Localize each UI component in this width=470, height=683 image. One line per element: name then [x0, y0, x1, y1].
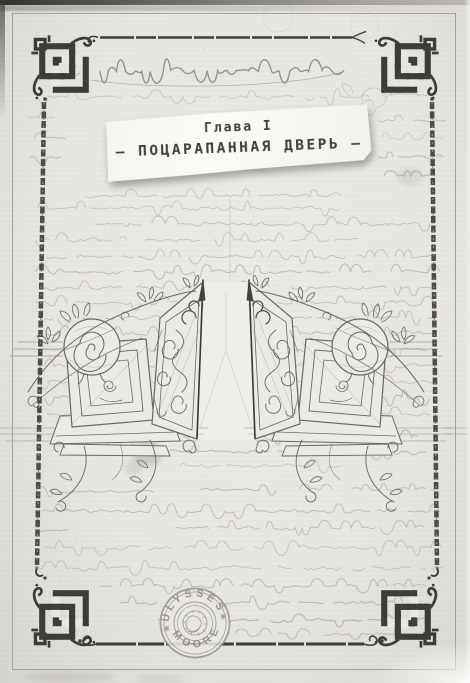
handwriting-line	[42, 504, 439, 519]
paper-speckle	[20, 637, 22, 639]
paper-speckle	[345, 537, 346, 538]
paper-speckle	[326, 628, 327, 629]
handwriting-line	[378, 115, 446, 122]
paper-speckle	[264, 617, 265, 618]
handwriting-line	[200, 485, 276, 495]
celtic-knot-icon-top-right	[375, 37, 438, 100]
page-art: ULYSSES MOORE	[0, 0, 470, 683]
paper-speckle	[248, 582, 250, 584]
paper-speckle	[203, 48, 205, 50]
paper-speckle	[55, 557, 57, 559]
handwriting-line	[38, 201, 340, 216]
gate-left-half	[0, 275, 208, 511]
paper-speckle	[237, 70, 239, 72]
ulysses-moore-stamp: ULYSSES MOORE	[155, 583, 234, 663]
paper-speckle	[365, 75, 366, 76]
bottom-rule	[78, 636, 384, 645]
paper-speckle	[338, 87, 340, 89]
paper-speckle	[209, 54, 210, 55]
handwriting-line	[35, 133, 66, 139]
paper-speckle	[391, 218, 393, 220]
celtic-knot-icon-bottom-left	[33, 584, 96, 647]
handwriting-line	[175, 520, 430, 535]
paper-speckle	[281, 595, 282, 596]
paper-speckle	[123, 300, 124, 301]
celtic-knot-icon-bottom-right	[375, 584, 438, 647]
paper-speckle	[325, 214, 327, 216]
paper-speckle	[446, 410, 448, 412]
paper-speckle	[450, 550, 452, 552]
chapter-banner: Глава I – ПОЦАРАПАННАЯ ДВЕРЬ –	[106, 104, 372, 182]
scan-artifacts	[25, 673, 185, 682]
paper-speckle	[428, 154, 429, 155]
celtic-knot-icon-top-left	[33, 37, 96, 100]
handwriting-line	[28, 112, 55, 118]
paper-speckle	[412, 238, 413, 239]
handwriting-line	[46, 249, 436, 264]
handwriting-line	[36, 232, 358, 247]
paper-speckle	[112, 68, 114, 70]
handwriting-line	[36, 264, 440, 279]
paper-speckle	[348, 313, 349, 314]
paper-speckle	[76, 537, 78, 539]
paper-speckle	[310, 523, 312, 525]
faint-circle-doodle	[263, 2, 293, 32]
paper-speckle	[140, 283, 142, 285]
paper-speckle	[373, 561, 374, 562]
book-page: ULYSSES MOORE Гл	[0, 0, 470, 683]
paper-speckle	[46, 137, 47, 138]
gate-right-half	[244, 275, 452, 511]
handwriting-line	[85, 189, 341, 199]
paper-speckle	[50, 354, 51, 355]
paper-speckle	[143, 600, 145, 602]
handwriting-line	[30, 157, 61, 165]
handwriting-line	[45, 540, 441, 555]
paper-speckle	[60, 580, 62, 582]
paper-speckle	[269, 470, 271, 472]
gate-illustration	[0, 198, 470, 511]
paper-speckle	[289, 18, 290, 19]
handwriting-line	[36, 561, 444, 576]
paper-speckle	[97, 615, 98, 616]
handwriting-line	[95, 216, 438, 232]
paper-speckle	[48, 414, 49, 415]
handwriting-line	[180, 459, 341, 473]
paper-speckle	[245, 523, 246, 524]
paper-speckle	[224, 542, 225, 543]
handwriting-line	[300, 483, 438, 490]
paper-speckle	[255, 50, 256, 51]
paper-speckle	[443, 208, 444, 209]
faint-circle-doodle	[351, 11, 379, 39]
paper-speckle	[274, 240, 275, 241]
paper-speckle	[97, 529, 98, 530]
top-rule	[88, 32, 366, 44]
inner-border-right	[427, 97, 438, 579]
paper-speckle	[181, 100, 182, 101]
handwriting-line	[38, 530, 68, 532]
